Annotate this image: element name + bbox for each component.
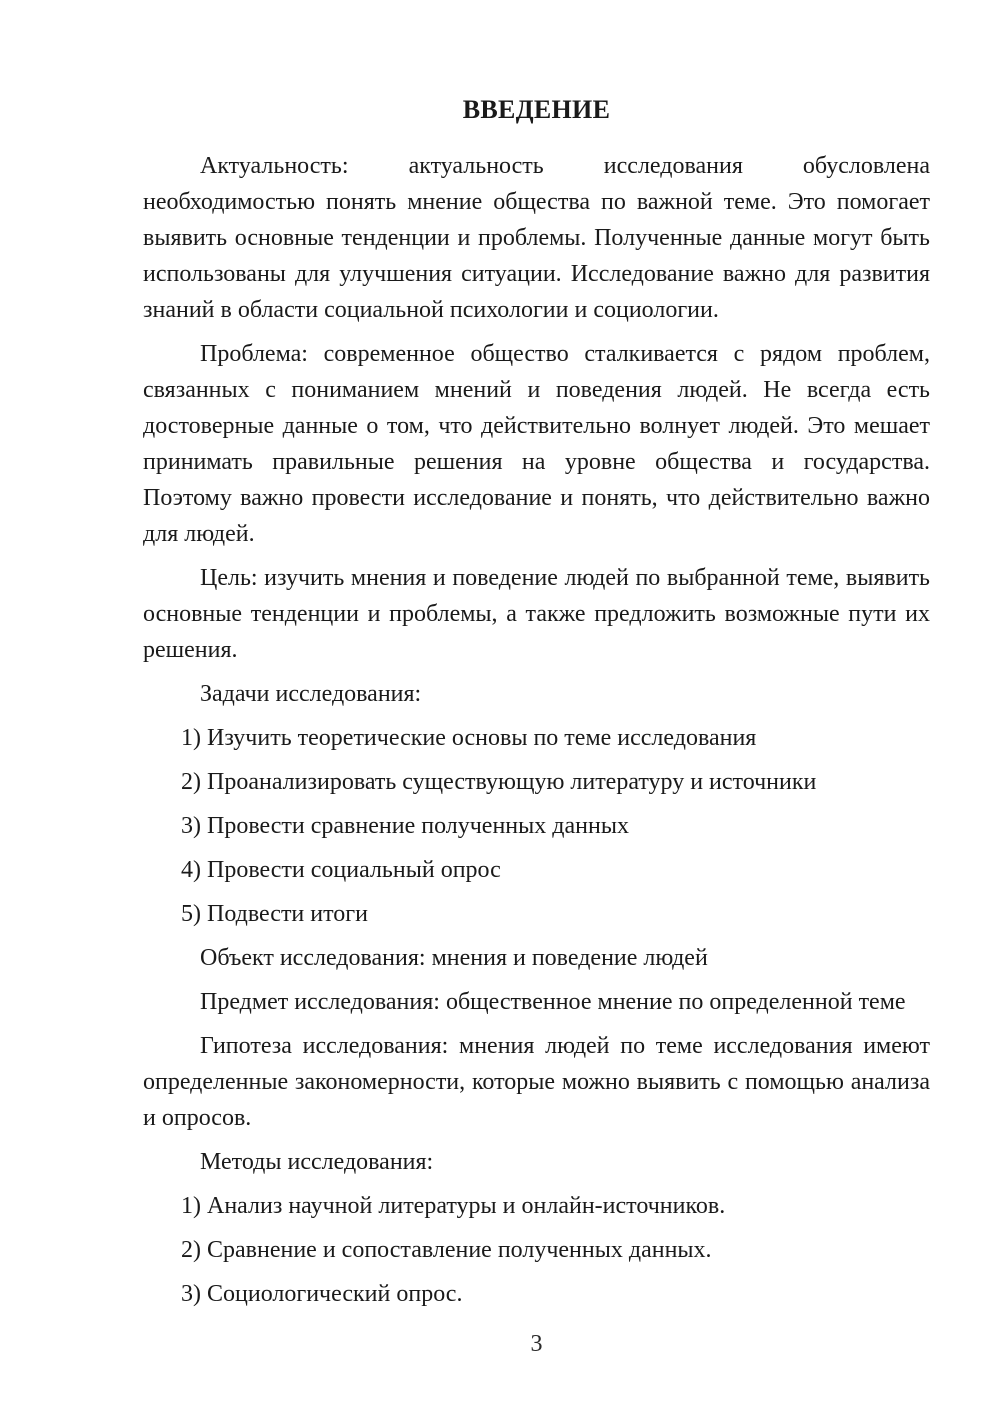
- hypothesis-paragraph: Гипотеза исследования: мнения людей по т…: [143, 1028, 930, 1136]
- task-item-1: 1) Изучить теоретические основы по теме …: [143, 720, 930, 756]
- methods-list: 1) Анализ научной литературы и онлайн-ис…: [143, 1188, 930, 1312]
- task-item-4: 4) Провести социальный опрос: [143, 852, 930, 888]
- paragraph-problem: Проблема: современное общество сталкивае…: [143, 336, 930, 552]
- page-number: 3: [143, 1326, 930, 1362]
- research-object-line: Объект исследования: мнения и поведение …: [143, 940, 930, 976]
- task-item-5: 5) Подвести итоги: [143, 896, 930, 932]
- research-subject-line: Предмет исследования: общественное мнени…: [143, 984, 930, 1020]
- tasks-list: 1) Изучить теоретические основы по теме …: [143, 720, 930, 932]
- document-page: ВВЕДЕНИЕ Актуальность: актуальность иссл…: [0, 0, 1000, 1414]
- task-item-2: 2) Проанализировать существующую литерат…: [143, 764, 930, 800]
- paragraph-goal: Цель: изучить мнения и поведение людей п…: [143, 560, 930, 668]
- method-item-1: 1) Анализ научной литературы и онлайн-ис…: [143, 1188, 930, 1224]
- method-item-2: 2) Сравнение и сопоставление полученных …: [143, 1232, 930, 1268]
- methods-heading: Методы исследования:: [143, 1144, 930, 1180]
- paragraph-relevance: Актуальность: актуальность исследования …: [143, 148, 930, 328]
- method-item-3: 3) Социологический опрос.: [143, 1276, 930, 1312]
- page-title: ВВЕДЕНИЕ: [143, 95, 930, 125]
- task-item-3: 3) Провести сравнение полученных данных: [143, 808, 930, 844]
- tasks-heading: Задачи исследования:: [143, 676, 930, 712]
